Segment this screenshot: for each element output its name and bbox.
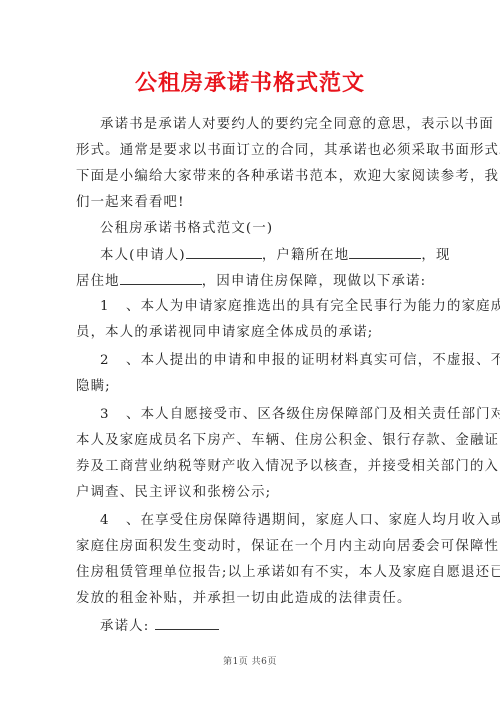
- document-page: 公租房承诺书格式范文 承诺书是承诺人对要约人的要约完全同意的意思，表示以书面 形…: [0, 0, 500, 708]
- item-3-line: 3、本人自愿接受市、区各级住房保障部门及相关责任部门对: [100, 406, 500, 424]
- item-4-line: 4、在享受住房保障待遇期间，家庭人口、家庭人均月收入或: [100, 512, 500, 530]
- signature-label: 承诺人:: [100, 619, 149, 634]
- residence-blank[interactable]: [120, 272, 202, 285]
- intro-line: 承诺书是承诺人对要约人的要约完全同意的意思，表示以书面: [100, 116, 494, 134]
- item-2-line: 2、本人提出的申请和申报的证明材料真实可信，不虚报、不: [100, 352, 500, 370]
- section-heading: 公租房承诺书格式范文(一): [100, 220, 273, 238]
- item-1-line: 1、本人为申请家庭推选出的具有完全民事行为能力的家庭成: [100, 298, 500, 316]
- applicant-name-blank[interactable]: [186, 246, 262, 259]
- residence-label: 居住地: [76, 274, 120, 289]
- page-footer: 第1页 共6页: [0, 654, 500, 667]
- intro-line: 们一起来看看吧!: [76, 194, 185, 212]
- item-2-line: 隐瞒;: [76, 378, 111, 396]
- household-label: ，户籍所在地: [262, 248, 350, 263]
- signature-line: 承诺人:: [100, 617, 219, 636]
- current-label: ，现: [421, 248, 450, 263]
- item-4-line: 家庭住房面积发生变动时，保证在一个月内主动向居委会可保障性: [76, 538, 499, 556]
- household-registration-blank[interactable]: [349, 246, 421, 259]
- item-4-line: 住房租赁管理单位报告;以上承诺如有不实，本人及家庭自愿退还已: [76, 564, 500, 582]
- intro-line: 下面是小编给大家带来的各种承诺书范本，欢迎大家阅读参考，我: [76, 168, 499, 186]
- item-3-line: 本人及家庭成员名下房产、车辆、住房公积金、银行存款、金融证: [76, 432, 499, 450]
- signature-blank[interactable]: [155, 617, 219, 630]
- document-title: 公租房承诺书格式范文: [0, 66, 500, 97]
- residence-rest: ，因申请住房保障，现做以下承诺:: [202, 274, 427, 289]
- item-3-line: 券及工商营业纳税等财产收入情况予以核查，并接受相关部门的入: [76, 458, 499, 476]
- applicant-line: 本人(申请人)，户籍所在地，现: [100, 246, 451, 265]
- applicant-label: 本人(申请人): [100, 248, 186, 263]
- item-3-line: 户调查、民主评议和张榜公示;: [76, 484, 271, 502]
- residence-line: 居住地，因申请住房保障，现做以下承诺:: [76, 272, 426, 291]
- item-1-line: 员，本人的承诺视同申请家庭全体成员的承诺;: [76, 324, 374, 342]
- item-4-line: 发放的租金补贴，并承担一切由此造成的法律责任。: [76, 590, 412, 608]
- intro-line: 形式。通常是要求以书面订立的合同，其承诺也必须采取书面形式。: [76, 142, 500, 160]
